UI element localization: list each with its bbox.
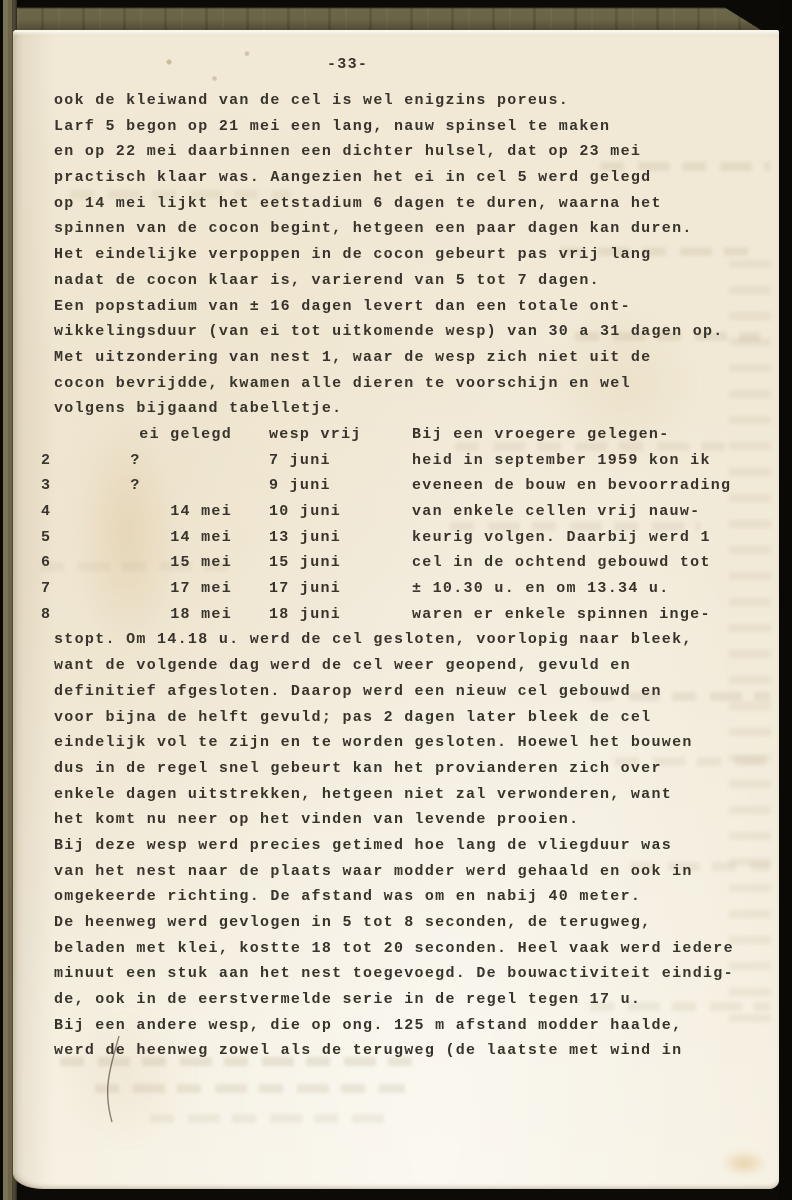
table-header-row: ei gelegd wesp vrij Bij een vroegere gel… xyxy=(41,422,779,448)
wasp-free-cell: 7 juni xyxy=(232,448,412,474)
text-line: van het nest naar de plaats waar modder … xyxy=(54,859,779,885)
paragraph-bottom: stopt. Om 14.18 u. werd de cel gesloten,… xyxy=(13,627,779,1064)
nest-table: ei gelegd wesp vrij Bij een vroegere gel… xyxy=(13,422,779,628)
nest-number-cell: 3 xyxy=(41,473,67,499)
table-row: 8 18 mei 18 juni waren er enkele spinnen… xyxy=(41,602,779,628)
wasp-free-cell: 13 juni xyxy=(232,525,412,551)
table-row: 5 14 mei 13 juni keurig volgen. Daarbij … xyxy=(41,525,779,551)
text-line: nadat de cocon klaar is, varierend van 5… xyxy=(54,268,779,294)
text-line: De heenweg werd gevlogen in 5 tot 8 seco… xyxy=(54,910,779,936)
egg-laid-cell: 14 mei xyxy=(67,525,232,551)
side-note-cell: van enkele cellen vrij nauw- xyxy=(412,499,779,525)
text-line: practisch klaar was. Aangezien het ei in… xyxy=(54,165,779,191)
text-line: Bij een andere wesp, die op ong. 125 m a… xyxy=(54,1013,779,1039)
egg-laid-cell: ? xyxy=(67,473,232,499)
text-line: de, ook in de eerstvermelde serie in de … xyxy=(54,987,779,1013)
document-page: -33- ook de kleiwand van de cel is wel e… xyxy=(13,30,779,1189)
wasp-free-cell: 10 juni xyxy=(232,499,412,525)
text-line: het komt nu neer op het vinden van leven… xyxy=(54,807,779,833)
text-line: Het eindelijke verpoppen in de cocon geb… xyxy=(54,242,779,268)
wasp-free-cell: 18 juni xyxy=(232,602,412,628)
text-line: wikkelingsduur (van ei tot uitkomende we… xyxy=(54,319,779,345)
text-line: cocon bevrijdde, kwamen alle dieren te v… xyxy=(54,371,779,397)
egg-laid-cell: 17 mei xyxy=(67,576,232,602)
table-row: 2 ? 7 juni heid in september 1959 kon ik xyxy=(41,448,779,474)
scanned-book-photo: { "page": { "number": "-33-" }, "paragra… xyxy=(0,0,792,1200)
nest-number-cell: 4 xyxy=(41,499,67,525)
table-row: 3 ? 9 juni eveneen de bouw en bevoorradi… xyxy=(41,473,779,499)
paragraph-top: ook de kleiwand van de cel is wel enigzi… xyxy=(13,88,779,422)
side-note-cell: ± 10.30 u. en om 13.34 u. xyxy=(412,576,779,602)
text-line: Een popstadium van ± 16 dagen levert dan… xyxy=(54,294,779,320)
nest-number-cell: 6 xyxy=(41,550,67,576)
nest-number-header xyxy=(41,422,67,448)
text-line: Larf 5 begon op 21 mei een lang, nauw sp… xyxy=(54,114,779,140)
nest-number-cell: 8 xyxy=(41,602,67,628)
wasp-free-header: wesp vrij xyxy=(232,422,412,448)
page-number: -33- xyxy=(327,56,368,73)
text-line: en op 22 mei daarbinnen een dichter huls… xyxy=(54,139,779,165)
text-line: want de volgende dag werd de cel weer ge… xyxy=(54,653,779,679)
table-row: 7 17 mei 17 juni ± 10.30 u. en om 13.34 … xyxy=(41,576,779,602)
text-line: ook de kleiwand van de cel is wel enigzi… xyxy=(54,88,779,114)
text-line: werd de heenweg zowel als de terugweg (d… xyxy=(54,1038,779,1064)
side-note-cell: keurig volgen. Daarbij werd 1 xyxy=(412,525,779,551)
table-row: 4 14 mei 10 juni van enkele cellen vrij … xyxy=(41,499,779,525)
text-line: stopt. Om 14.18 u. werd de cel gesloten,… xyxy=(54,627,779,653)
side-note-cell: waren er enkele spinnen inge- xyxy=(412,602,779,628)
text-line: minuut een stuk aan het nest toegevoegd.… xyxy=(54,961,779,987)
book-right-edge xyxy=(779,0,792,1200)
table-body: 2 ? 7 juni heid in september 1959 kon ik… xyxy=(41,448,779,628)
text-line: dus in de regel snel gebeurt kan het pro… xyxy=(54,756,779,782)
text-line: Met uitzondering van nest 1, waar de wes… xyxy=(54,345,779,371)
egg-laid-cell: 14 mei xyxy=(67,499,232,525)
paper-stain xyxy=(721,1150,767,1176)
book-top-edge-texture xyxy=(0,7,792,31)
ghost-text-smudge xyxy=(150,1114,390,1123)
nest-number-cell: 5 xyxy=(41,525,67,551)
ghost-text-smudge xyxy=(95,1084,405,1093)
text-line: volgens bijgaand tabelletje. xyxy=(54,396,779,422)
wasp-free-cell: 15 juni xyxy=(232,550,412,576)
text-line: voor bijna de helft gevuld; pas 2 dagen … xyxy=(54,705,779,731)
wasp-free-cell: 9 juni xyxy=(232,473,412,499)
side-note-cell: eveneen de bouw en bevoorrading xyxy=(412,473,779,499)
text-line: op 14 mei lijkt het eetstadium 6 dagen t… xyxy=(54,191,779,217)
side-note-cell: heid in september 1959 kon ik xyxy=(412,448,779,474)
wasp-free-cell: 17 juni xyxy=(232,576,412,602)
typed-text-column: ook de kleiwand van de cel is wel enigzi… xyxy=(13,88,779,1064)
text-line: Bij deze wesp werd precies getimed hoe l… xyxy=(54,833,779,859)
text-line: eindelijk vol te zijn en te worden geslo… xyxy=(54,730,779,756)
paper-speckles xyxy=(143,40,273,95)
table-row: 6 15 mei 15 juni cel in de ochtend gebou… xyxy=(41,550,779,576)
nest-number-cell: 7 xyxy=(41,576,67,602)
egg-laid-cell: ? xyxy=(67,448,232,474)
text-line: definitief afgesloten. Daarop werd een n… xyxy=(54,679,779,705)
text-line: beladen met klei, kostte 18 tot 20 secon… xyxy=(54,936,779,962)
egg-laid-header: ei gelegd xyxy=(67,422,232,448)
text-line: omgekeerde richting. De afstand was om e… xyxy=(54,884,779,910)
side-note-cell: Bij een vroegere gelegen- xyxy=(412,422,779,448)
text-line: enkele dagen uitstrekken, hetgeen niet z… xyxy=(54,782,779,808)
egg-laid-cell: 18 mei xyxy=(67,602,232,628)
egg-laid-cell: 15 mei xyxy=(67,550,232,576)
text-line: spinnen van de cocon begint, hetgeen een… xyxy=(54,216,779,242)
nest-number-cell: 2 xyxy=(41,448,67,474)
side-note-cell: cel in de ochtend gebouwd tot xyxy=(412,550,779,576)
